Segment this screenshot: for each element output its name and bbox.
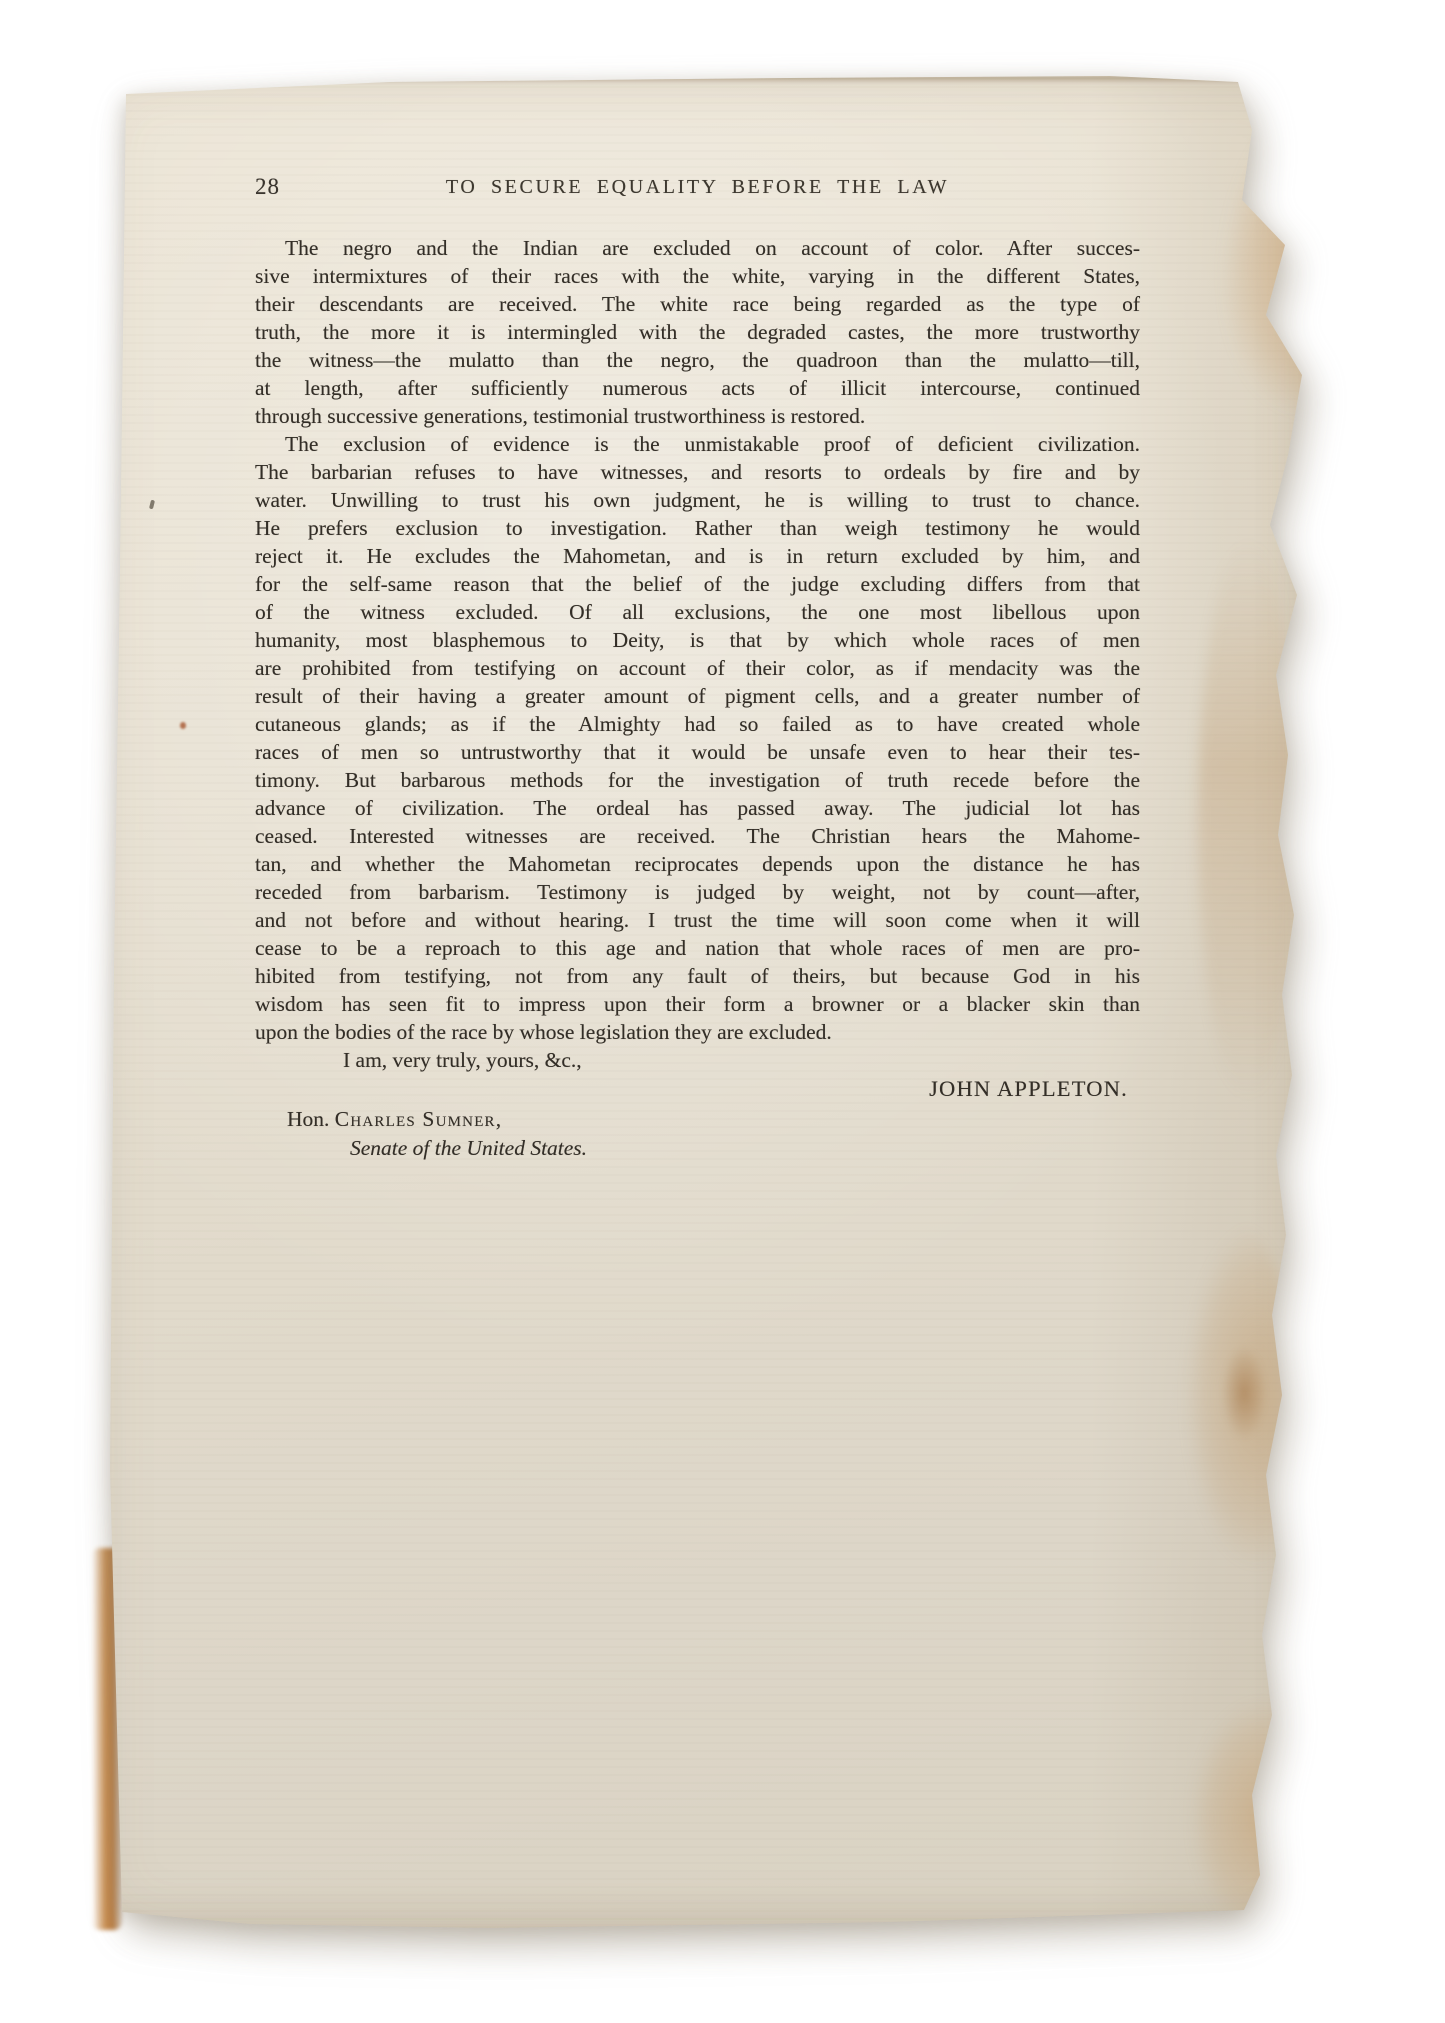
paragraph: The exclusion of evidence is the unmista…: [255, 430, 1140, 1046]
text-line: result of their having a greater amount …: [255, 682, 1140, 710]
text-line: advance of civilization. The ordeal has …: [255, 794, 1140, 822]
book-page: 28 TO SECURE EQUALITY BEFORE THE LAW The…: [90, 70, 1320, 1936]
text-line: The exclusion of evidence is the unmista…: [255, 430, 1140, 458]
running-header: TO SECURE EQUALITY BEFORE THE LAW: [255, 176, 1140, 199]
text-line: receded from barbarism. Testimony is jud…: [255, 878, 1140, 906]
addressee-title-line: Senate of the United States.: [350, 1134, 1140, 1162]
letter-closing: I am, very truly, yours, &c., JOHN APPLE…: [255, 1046, 1140, 1162]
foxing-spot-dark: [1218, 1338, 1270, 1448]
text-line: He prefers exclusion to investigation. R…: [255, 514, 1140, 542]
text-line: hibited from testifying, not from any fa…: [255, 962, 1140, 990]
text-line: upon the bodies of the race by whose leg…: [255, 1018, 1140, 1046]
text-line: timony. But barbarous methods for the in…: [255, 766, 1140, 794]
valediction-line: I am, very truly, yours, &c.,: [343, 1046, 1140, 1074]
ink-speck: [149, 500, 155, 510]
foxing-speck: [180, 722, 186, 729]
foxing-stain-bottom-right: [1150, 1670, 1300, 1940]
text-line: at length, after sufficiently numerous a…: [255, 374, 1140, 402]
text-line: are prohibited from testifying on accoun…: [255, 654, 1140, 682]
addressee-honorific: Hon.: [287, 1107, 335, 1131]
text-line: water. Unwilling to trust his own judgme…: [255, 486, 1140, 514]
text-line: The barbarian refuses to have witnesses,…: [255, 458, 1140, 486]
text-line: reject it. He excludes the Mahometan, an…: [255, 542, 1140, 570]
text-line: cutaneous glands; as if the Almighty had…: [255, 710, 1140, 738]
page-shadow-wrapper: 28 TO SECURE EQUALITY BEFORE THE LAW The…: [90, 70, 1320, 1936]
text-line: of the witness excluded. Of all exclusio…: [255, 598, 1140, 626]
signature-line: JOHN APPLETON.: [255, 1074, 1140, 1103]
photograph-of-book-page: 28 TO SECURE EQUALITY BEFORE THE LAW The…: [0, 0, 1445, 2023]
text-line: humanity, most blasphemous to Deity, is …: [255, 626, 1140, 654]
text-line: cease to be a reproach to this age and n…: [255, 934, 1140, 962]
text-line: wisdom has seen fit to impress upon thei…: [255, 990, 1140, 1018]
letter-text: The negro and the Indian are excluded on…: [255, 234, 1140, 1162]
addressee-line: Hon. Charles Sumner,: [287, 1104, 1140, 1134]
text-line: through successive generations, testimon…: [255, 402, 1140, 430]
text-line: The negro and the Indian are excluded on…: [255, 234, 1140, 262]
text-line: their descendants are received. The whit…: [255, 290, 1140, 318]
foxing-stain-right-edge: [1198, 540, 1298, 1100]
page-top-edge-shading: [124, 76, 1240, 84]
text-line: and not before and without hearing. I tr…: [255, 906, 1140, 934]
text-line: ceased. Interested witnesses are receive…: [255, 822, 1140, 850]
text-line: tan, and whether the Mahometan reciproca…: [255, 850, 1140, 878]
text-line: sive intermixtures of their races with t…: [255, 262, 1140, 290]
letter-body: The negro and the Indian are excluded on…: [255, 234, 1140, 1046]
page-header-row: 28 TO SECURE EQUALITY BEFORE THE LAW: [255, 174, 1140, 204]
paragraph: The negro and the Indian are excluded on…: [255, 234, 1140, 430]
text-line: truth, the more it is intermingled with …: [255, 318, 1140, 346]
addressee-name: Charles Sumner,: [335, 1107, 503, 1131]
text-line: races of men so untrustworthy that it wo…: [255, 738, 1140, 766]
text-line: for the self-same reason that the belief…: [255, 570, 1140, 598]
text-line: the witness—the mulatto than the negro, …: [255, 346, 1140, 374]
